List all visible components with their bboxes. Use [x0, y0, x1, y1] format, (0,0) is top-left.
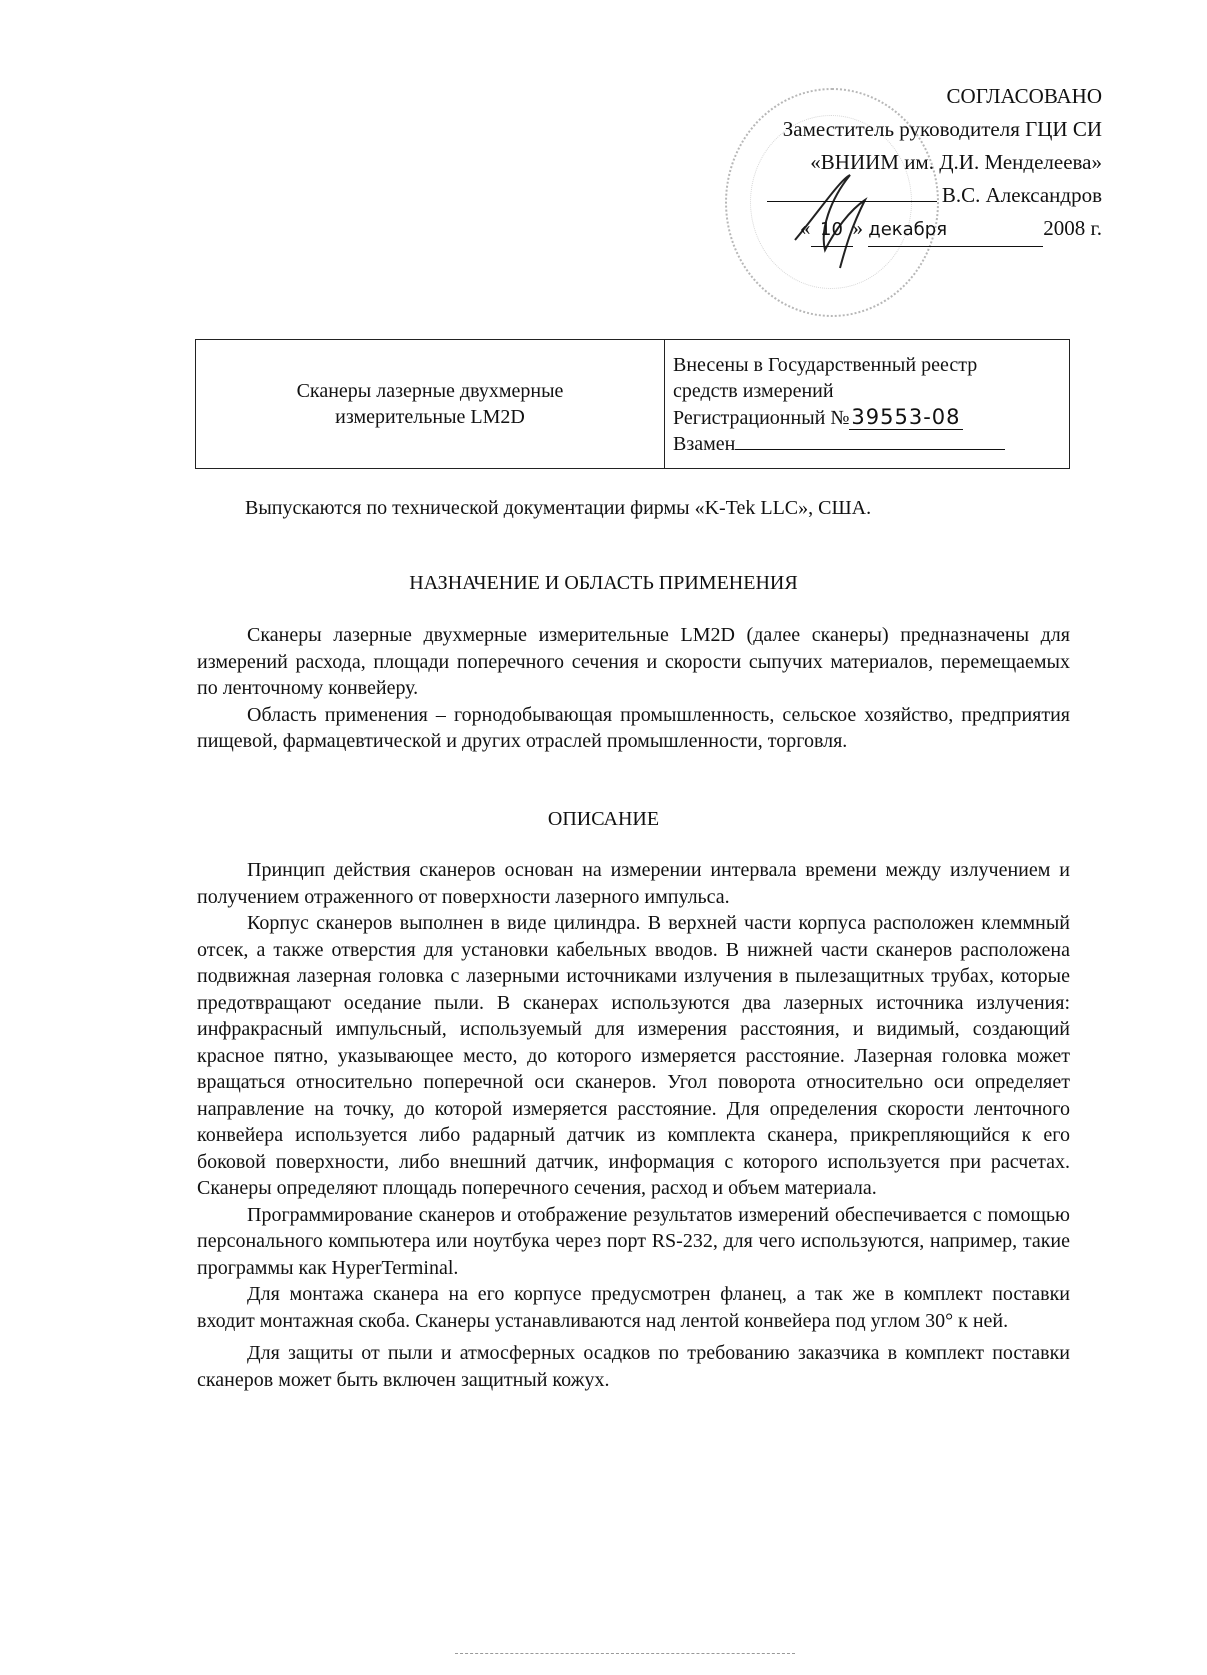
product-name-line1: Сканеры лазерные двухмерные — [197, 378, 663, 404]
paragraph: Сканеры лазерные двухмерные измерительны… — [197, 622, 1070, 702]
scan-artifact-line — [455, 1653, 795, 1655]
registry-table: Сканеры лазерные двухмерные измерительны… — [195, 339, 1070, 469]
paragraph: Для защиты от пыли и атмосферных осадков… — [197, 1340, 1070, 1393]
replaces-label: Взамен — [673, 433, 735, 455]
registration-row: Регистрационный №39553-08 — [673, 404, 1068, 431]
section-body-description: Принцип действия сканеров основан на изм… — [197, 857, 1070, 1393]
quote-close: » — [853, 216, 864, 240]
section-heading-purpose: НАЗНАЧЕНИЕ И ОБЛАСТЬ ПРИМЕНЕНИЯ — [0, 572, 1207, 595]
paragraph: Принцип действия сканеров основан на изм… — [197, 857, 1070, 910]
quote-open: « — [800, 216, 811, 240]
approval-signer-line: В.С. Александров — [767, 179, 1102, 212]
approval-block: СОГЛАСОВАНО Заместитель руководителя ГЦИ… — [767, 80, 1102, 247]
registry-line2: средств измерений — [673, 378, 1068, 404]
approval-position: Заместитель руководителя ГЦИ СИ — [767, 113, 1102, 146]
section-heading-description: ОПИСАНИЕ — [0, 808, 1207, 831]
registry-line1: Внесены в Государственный реестр — [673, 352, 1068, 378]
registry-info-cell: Внесены в Государственный реестр средств… — [665, 340, 1070, 469]
approval-title: СОГЛАСОВАНО — [767, 80, 1102, 113]
paragraph: Корпус сканеров выполнен в виде цилиндра… — [197, 910, 1070, 1202]
date-year: 2008 г. — [1043, 216, 1102, 240]
paragraph: Для монтажа сканера на его корпусе преду… — [197, 1281, 1070, 1334]
signature-line — [767, 181, 937, 202]
registration-label: Регистрационный № — [673, 407, 849, 429]
approval-date-line: «10» декабря2008 г. — [767, 212, 1102, 247]
section-body-purpose: Сканеры лазерные двухмерные измерительны… — [197, 622, 1070, 755]
issued-by-statement: Выпускаются по технической документации … — [245, 497, 871, 520]
paragraph: Программирование сканеров и отображение … — [197, 1202, 1070, 1282]
date-month: декабря — [868, 213, 1043, 247]
approval-organization: «ВНИИМ им. Д.И. Менделеева» — [767, 146, 1102, 179]
date-day: 10 — [811, 213, 853, 247]
product-name-line2: измерительные LM2D — [197, 404, 663, 430]
replaces-blank-line — [735, 431, 1005, 450]
product-name-cell: Сканеры лазерные двухмерные измерительны… — [196, 340, 665, 469]
approval-signer: В.С. Александров — [942, 183, 1102, 207]
paragraph: Область применения – горнодобывающая про… — [197, 702, 1070, 755]
replaces-row: Взамен — [673, 431, 1068, 457]
registration-number: 39553-08 — [849, 405, 962, 430]
